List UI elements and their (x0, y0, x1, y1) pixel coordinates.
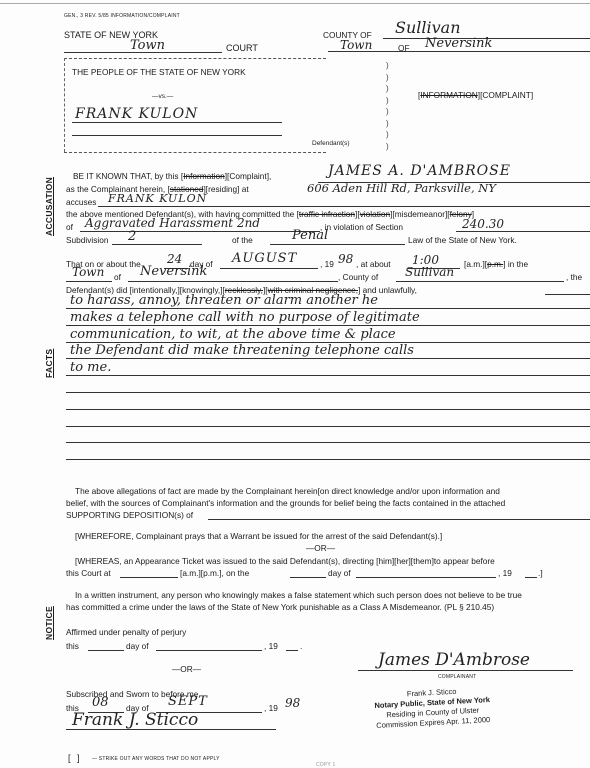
whereas-month-line (356, 577, 496, 578)
section-label: , in violation of Section (320, 222, 403, 232)
sworn-year[interactable]: 98 (285, 696, 300, 710)
locality-value[interactable]: Neversink (140, 264, 207, 279)
county-value[interactable]: Sullivan (395, 18, 461, 37)
whereas-line-1[interactable]: [WHEREAS, an Appearance Ticket was issue… (75, 556, 495, 566)
copy-label: COPY 1 (316, 762, 335, 768)
accuses-label: accuses (66, 197, 96, 207)
facts-rule-line (66, 459, 590, 460)
law-suffix: Law of the State of New York. (408, 235, 517, 245)
county-of-label: , County of (338, 272, 378, 282)
year-prefix: , 19 (320, 259, 334, 269)
facts-text-line[interactable]: to me. (70, 360, 111, 375)
whereas-time-line (120, 577, 178, 578)
defendant-label: Defendant(s) (312, 140, 350, 147)
offense-value[interactable]: Aggravated Harassment 2nd (85, 216, 260, 230)
court-value[interactable]: Town (130, 38, 165, 53)
defendant-line-2 (72, 135, 282, 136)
affirmed-this: this (66, 641, 79, 651)
wherefore-clause[interactable]: [WHEREFORE, Complainant prays that a War… (75, 531, 442, 541)
locality-of-label: of (114, 272, 121, 282)
complainant-label: COMPLAINANT (438, 674, 476, 680)
form-code: GEN., 3 REV. 5/85 INFORMATION/COMPLAINT (64, 13, 180, 19)
facts-section-label: FACTS (44, 349, 54, 378)
affirmed-19: , 19 (264, 641, 278, 651)
bracket-legend: [ ] (68, 753, 82, 763)
incident-county[interactable]: Sullivan (405, 265, 454, 279)
facts-text-line[interactable]: communication, to wit, at the above time… (70, 327, 396, 342)
affirmed-period: . (300, 641, 302, 651)
unlawfully-line (545, 294, 590, 295)
opt-violation[interactable]: violation (360, 209, 390, 219)
court-label: COURT (226, 43, 258, 53)
accusation-line-1: BE IT KNOWN THAT, by this [Information][… (73, 171, 271, 181)
or-separator-2: —OR— (172, 664, 201, 674)
caption-left-dash (64, 58, 65, 152)
para-opt-direct-knowledge[interactable]: on direct knowledge and/or upon informat… (320, 486, 500, 496)
subdivision-line (112, 244, 202, 245)
whereas-court-at: this Court at (66, 568, 111, 578)
affirmed-day-of: day of (126, 641, 149, 651)
people-caption: THE PEOPLE OF THE STATE OF NEW YORK (72, 67, 246, 77)
notice-line-1: In a written instrument, any person who … (75, 590, 522, 600)
complainant-signature-line (358, 670, 573, 671)
opt-pm[interactable]: p.m. (487, 259, 503, 269)
to-appear: to appear before (434, 556, 495, 566)
in-the-label: in the (508, 259, 528, 269)
opt-complaint[interactable]: Complaint (229, 171, 266, 181)
town-value[interactable]: Neversink (425, 36, 492, 51)
opt-information[interactable]: Information (183, 171, 225, 181)
wherefore-text: WHEREFORE, Complainant prays that a Warr… (77, 531, 440, 541)
of-label: of (66, 222, 73, 232)
am-pm-options: [a.m.][p.m.] in the (464, 259, 528, 269)
section-line (456, 231, 590, 232)
allegations-line-3: SUPPORTING DEPOSITION(s) of (66, 510, 193, 520)
notice-line-2: has committed a crime under the laws of … (66, 602, 494, 612)
sworn-day[interactable]: 08 (92, 695, 109, 710)
opt-them[interactable]: them (413, 556, 431, 566)
facts-rule-line (66, 409, 590, 410)
section-value[interactable]: 240.30 (462, 217, 504, 231)
facts-rule-line (66, 392, 590, 393)
law-line (270, 244, 405, 245)
facts-text-line[interactable]: to harass, annoy, threaten or alarm anot… (70, 293, 378, 308)
vs-label: —vs.— (152, 93, 173, 100)
allegations-line-1: The above allegations of fact are made b… (75, 486, 500, 496)
town-prefix[interactable]: Town (340, 38, 372, 52)
caption-top-dash (64, 58, 326, 59)
notary-signature[interactable]: Frank J. Sticco (72, 710, 198, 730)
opt-her[interactable]: her (396, 556, 408, 566)
whereas-on-the: , on the (222, 568, 250, 578)
notice-section-label: NOTICE (44, 606, 54, 640)
whereas-19: , 19 (498, 568, 512, 578)
defendant-name[interactable]: FRANK KULON (75, 106, 198, 122)
complaint-form-page: GEN., 3 REV. 5/85 INFORMATION/COMPLAINT … (0, 0, 590, 768)
whereas-pm[interactable]: p.m. (203, 568, 219, 578)
whereas-end: .] (538, 568, 543, 578)
facts-rule-line (66, 358, 590, 359)
affirmed-day-line (88, 650, 124, 651)
accusation-section-label: ACCUSATION (44, 177, 54, 236)
the-label: , the (566, 272, 582, 282)
incident-county-line (396, 281, 564, 282)
opt-am[interactable]: a.m. (466, 259, 482, 269)
whereas-year-line (525, 577, 537, 578)
opt-him[interactable]: him (378, 556, 391, 566)
strike-note: — STRIKE OUT ANY WORDS THAT DO NOT APPLY (92, 756, 220, 762)
whereas-am[interactable]: a.m. (182, 568, 198, 578)
opt-traffic-infraction[interactable]: traffic infraction (299, 209, 355, 219)
caption-brackets: ) ) ) ) ) ) ) ) (386, 60, 389, 152)
facts-rule-line (66, 426, 590, 427)
whereas-day-line (290, 577, 326, 578)
affirmed-year-line (286, 650, 298, 651)
option-information[interactable]: INFORMATION (420, 90, 477, 100)
at-label: at (242, 184, 249, 194)
offense-line (80, 231, 320, 232)
opt-residing[interactable]: residing (208, 184, 237, 194)
locality-type-line (66, 281, 112, 282)
law-value[interactable]: Penal (292, 228, 328, 243)
facts-rule-line (66, 442, 590, 443)
complainant-address[interactable]: 606 Aden Hill Rd, Parksville, NY (307, 181, 496, 195)
accused-name[interactable]: FRANK KULON (108, 192, 207, 205)
top-border (0, 3, 590, 4)
locality-type[interactable]: Town (72, 265, 104, 279)
para-line1: The above allegations of fact are made b… (75, 486, 318, 496)
or-separator-1: —OR— (306, 543, 335, 553)
facts-text-line[interactable]: the Defendant did make threatening telep… (70, 343, 414, 358)
accused-line (98, 206, 590, 207)
option-complaint[interactable]: COMPLAINT (482, 90, 530, 100)
opt-misdemeanor[interactable]: misdemeanor (395, 209, 445, 219)
whereas-am-pm: [a.m.][p.m.], on the (180, 568, 249, 578)
incident-month[interactable]: AUGUST (232, 251, 297, 266)
affirmed-month-line (156, 650, 262, 651)
at-about-label: , at about (356, 259, 391, 269)
notary-stamp: Frank J. SticcoNotary Public, State of N… (349, 684, 516, 733)
sworn-month[interactable]: SEPT (168, 694, 208, 709)
sworn-19: , 19 (264, 703, 278, 713)
whereas-text: WHEREAS, an Appearance Ticket was issued… (77, 556, 374, 566)
line1-prefix: BE IT KNOWN THAT, by this (73, 171, 179, 181)
complainant-name[interactable]: JAMES A. D'AMBROSE (328, 163, 511, 179)
incident-year[interactable]: 98 (338, 252, 353, 266)
deposition-line (208, 519, 590, 520)
month-line (220, 268, 318, 269)
of-the-label: of the (232, 235, 253, 245)
subdivision-label: Subdivision (66, 235, 108, 245)
subdivision-value[interactable]: 2 (128, 229, 136, 244)
complainant-signature[interactable]: James D'Ambrose (378, 650, 530, 670)
facts-rule-line (66, 375, 590, 376)
defendant-line-1 (72, 122, 282, 123)
whereas-day-of: day of (328, 568, 351, 578)
caption-bottom-dash (64, 152, 326, 153)
facts-text-line[interactable]: makes a telephone call with no purpose o… (70, 310, 420, 325)
town-of-label: OF (398, 43, 410, 53)
locality-line (128, 281, 338, 282)
instrument-type-options: [INFORMATION][COMPLAINT] (418, 90, 533, 100)
affirmed-label: Affirmed under penalty of perjury (66, 627, 186, 637)
allegations-line-2: belief, with the sources of Complainant'… (66, 498, 505, 508)
